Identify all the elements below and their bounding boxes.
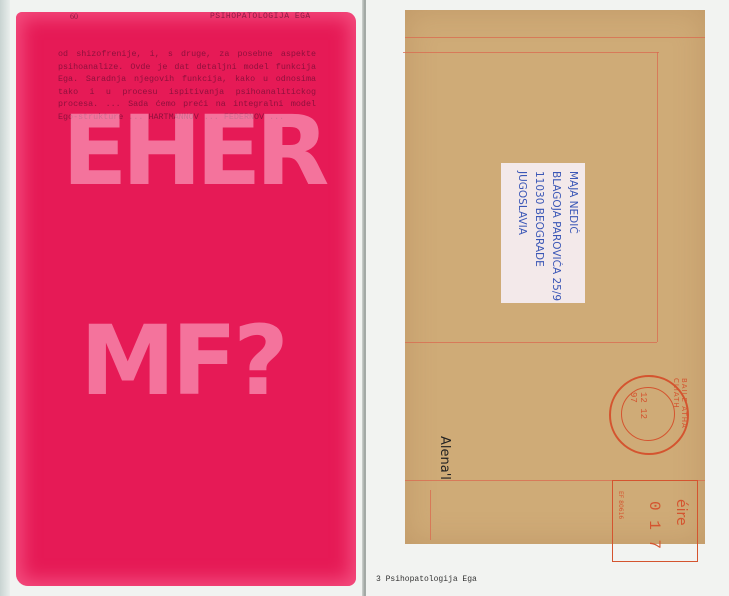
address-line-street: BLAGOJA PAROVIĆA 25/9 bbox=[547, 171, 564, 295]
overpaint-word-1: EHER bbox=[62, 95, 323, 207]
left-page: 60 PSIHOPATOLOGIJA EGA od shizofrenije, … bbox=[0, 0, 364, 596]
running-head: PSIHOPATOLOGIJA EGA bbox=[210, 12, 311, 21]
frame-line bbox=[405, 342, 657, 343]
frame-line bbox=[430, 490, 431, 540]
address-line-city: 11030 BEOGRADE bbox=[530, 171, 547, 295]
folio-number: 60 bbox=[70, 12, 78, 21]
postmark-place: BAILE ATHA CLIATH bbox=[672, 378, 688, 448]
meter-code: EF 80616 bbox=[617, 491, 624, 519]
page-edge bbox=[0, 0, 10, 596]
meter-stamp: éire 0 1 7 EF 80616 bbox=[612, 480, 698, 562]
address-line-country: JUGOSLAVIA bbox=[513, 171, 530, 295]
meter-value: 0 1 7 bbox=[645, 501, 663, 549]
signature: Alena'l bbox=[437, 436, 452, 480]
address-text: MAJA NEDIĆ BLAGOJA PAROVIĆA 25/9 11030 B… bbox=[501, 163, 585, 303]
address-line-name: MAJA NEDIĆ bbox=[564, 171, 581, 295]
frame-line bbox=[403, 52, 659, 53]
meter-country: éire bbox=[673, 499, 689, 526]
postmark-date: 12 12 97 bbox=[628, 392, 648, 432]
frame-line bbox=[405, 37, 705, 38]
frame-line bbox=[657, 52, 658, 342]
overpaint-word-2: MF? bbox=[80, 305, 285, 417]
address-label: MAJA NEDIĆ BLAGOJA PAROVIĆA 25/9 11030 B… bbox=[501, 163, 585, 303]
page-footer: 3 Psihopatologija Ega bbox=[376, 575, 477, 584]
